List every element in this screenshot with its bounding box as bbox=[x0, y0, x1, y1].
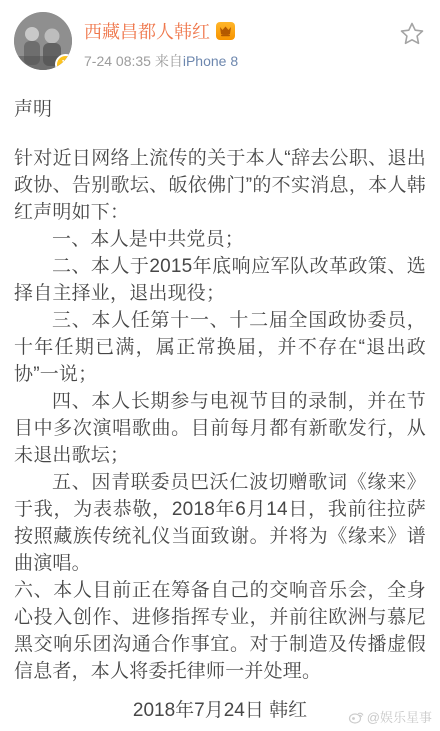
weibo-post-screenshot: V 西藏昌都人韩红 7-24 08:35 来自iPhone 8 声明 针对近日网… bbox=[0, 0, 440, 731]
watermark: @娱乐星事 bbox=[348, 707, 432, 726]
paragraph-item-1: 一、本人是中共党员； bbox=[14, 226, 426, 253]
avatar[interactable]: V bbox=[14, 12, 72, 70]
watermark-handle: @娱乐星事 bbox=[367, 707, 432, 726]
paragraph-item-4: 四、本人长期参与电视节目的录制，并在节目中多次演唱歌曲。目前每月都有新歌发行，从… bbox=[14, 388, 426, 469]
paragraph-item-2: 二、本人于2015年底响应军队改革政策、选择自主择业，退出现役； bbox=[14, 253, 426, 307]
source-device-link[interactable]: iPhone 8 bbox=[183, 53, 238, 69]
username-link[interactable]: 西藏昌都人韩红 bbox=[84, 18, 210, 44]
post-header: V 西藏昌都人韩红 7-24 08:35 来自iPhone 8 bbox=[14, 12, 426, 78]
post-meta: 7-24 08:35 来自iPhone 8 bbox=[84, 51, 426, 71]
paragraph-item-3: 三、本人任第十一、十二届全国政协委员，十年任期已满，属正常换届，并不存在“退出政… bbox=[14, 307, 426, 388]
weibo-logo-icon bbox=[348, 710, 364, 724]
post-body: 针对近日网络上流传的关于本人“辞去公职、退出政协、告别歌坛、皈依佛门”的不实消息… bbox=[14, 145, 426, 685]
vip-crown-icon bbox=[216, 22, 235, 40]
source-label: 来自 bbox=[155, 53, 183, 69]
timestamp: 7-24 08:35 bbox=[84, 53, 151, 69]
paragraph-item-6: 六、本人目前正在筹备自己的交响音乐会，全身心投入创作、进修指挥专业，并前往欧洲与… bbox=[14, 577, 426, 685]
paragraph-intro: 针对近日网络上流传的关于本人“辞去公职、退出政协、告别歌坛、皈依佛门”的不实消息… bbox=[14, 145, 426, 226]
favorite-star-icon[interactable] bbox=[398, 20, 426, 48]
post-title: 声明 bbox=[14, 94, 426, 121]
verified-v-badge: V bbox=[55, 54, 72, 70]
paragraph-item-5: 五、因青联委员巴沃仁波切赠歌词《缘来》于我，为表恭敬，2018年6月14日，我前… bbox=[14, 469, 426, 577]
